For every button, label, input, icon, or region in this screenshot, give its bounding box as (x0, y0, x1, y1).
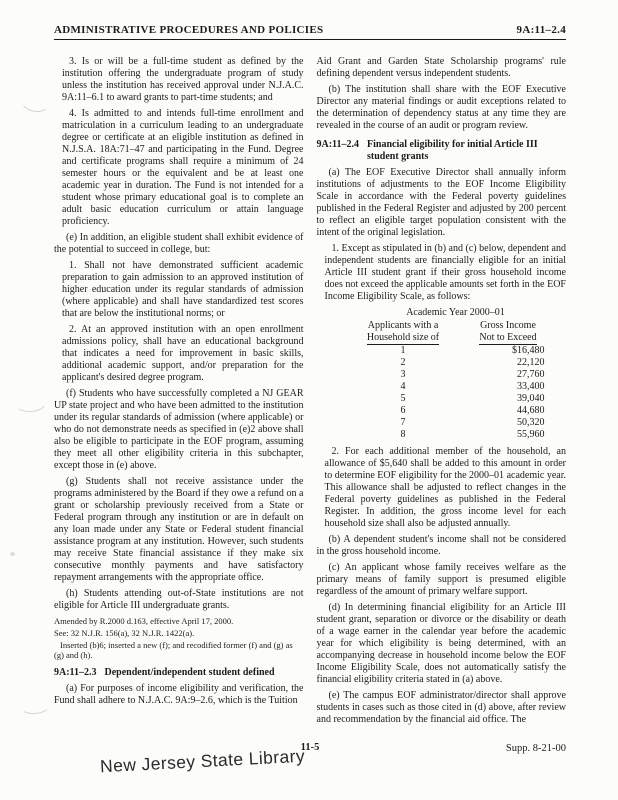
table-row: 222,120 (351, 357, 561, 369)
header-title: ADMINISTRATIVE PROCEDURES AND POLICIES (54, 24, 323, 36)
paragraph-e1: 1. Shall not have demonstrated sufficien… (62, 260, 304, 320)
section-number: 9A:11–2.3 (54, 667, 97, 679)
scan-artifact (10, 552, 15, 556)
scan-artifact (19, 697, 50, 716)
paragraph-23a: (a) For purposes of income eligibility a… (54, 683, 304, 707)
table-row: 433,400 (351, 381, 561, 393)
section-heading-9a11-2-4: 9A:11–2.4 Financial eligibility for init… (317, 139, 567, 163)
running-header: ADMINISTRATIVE PROCEDURES AND POLICIES 9… (54, 24, 566, 40)
two-column-body: 3. Is or will be a full-time student as … (54, 56, 566, 730)
table-row: 644,680 (351, 405, 561, 417)
table-row: 750,320 (351, 417, 561, 429)
supplement-date: Supp. 8-21-00 (506, 743, 566, 754)
table-row: 327,760 (351, 369, 561, 381)
right-column: Aid Grant and Garden State Scholarship p… (317, 56, 567, 730)
paragraph-a1: 1. Except as stipulated in (b) and (c) b… (325, 243, 567, 303)
table-row: 855,960 (351, 429, 561, 441)
section-heading-9a11-2-3: 9A:11–2.3 Dependent/independent student … (54, 667, 304, 679)
header-section-number: 9A:11–2.4 (517, 24, 566, 36)
paragraph-4: 4. Is admitted to and intends full-time … (62, 108, 304, 228)
income-eligibility-table: Academic Year 2000–01 Applicants with a … (351, 307, 561, 441)
paragraph-d: (d) In determining financial eligibility… (317, 602, 567, 686)
document-page: ADMINISTRATIVE PROCEDURES AND POLICIES 9… (0, 0, 618, 800)
section-title: Financial eligibility for initial Articl… (367, 139, 566, 163)
page-number: 11-5 (54, 742, 566, 753)
history-note-line2: See: 32 N.J.R. 156(a), 32 N.J.R. 1422(a)… (54, 628, 304, 638)
continuation-paragraph: Aid Grant and Garden State Scholarship p… (317, 56, 567, 80)
history-note-line1: Amended by R.2000 d.163, effective April… (54, 616, 304, 626)
section-title: Dependent/independent student defined (105, 667, 304, 679)
table-header-household-size: Applicants with a Household size of (351, 320, 456, 345)
table-row: 1$16,480 (351, 345, 561, 357)
section-number: 9A:11–2.4 (317, 139, 360, 163)
history-note-line3: Inserted (b)6; inserted a new (f); and r… (54, 640, 304, 660)
table-title: Academic Year 2000–01 (351, 307, 561, 319)
table-header-row: Applicants with a Household size of Gros… (351, 320, 561, 345)
paragraph-g: (g) Students shall not receive assistanc… (54, 476, 304, 584)
paragraph-c: (c) An applicant whose family receives w… (317, 562, 567, 598)
paragraph-e2-4: (e) The campus EOF administrator/directo… (317, 690, 567, 726)
paragraph-e2: 2. At an approved institution with an op… (62, 324, 304, 384)
paragraph-a: (a) The EOF Executive Director shall ann… (317, 167, 567, 239)
scan-artifact (18, 84, 53, 114)
paragraph-h: (h) Students attending out-of-State inst… (54, 588, 304, 612)
left-column: 3. Is or will be a full-time student as … (54, 56, 304, 730)
table-header-gross-income: Gross Income Not to Exceed (456, 320, 561, 345)
paragraph-b: (b) The institution shall share with the… (317, 84, 567, 132)
paragraph-b2: (b) A dependent student's income shall n… (317, 534, 567, 558)
table-row: 539,040 (351, 393, 561, 405)
paragraph-f: (f) Students who have successfully compl… (54, 388, 304, 472)
paragraph-e: (e) In addition, an eligible student sha… (54, 232, 304, 256)
scan-artifact (13, 388, 49, 413)
paragraph-a2: 2. For each additional member of the hou… (325, 446, 567, 530)
paragraph-3: 3. Is or will be a full-time student as … (62, 56, 304, 104)
